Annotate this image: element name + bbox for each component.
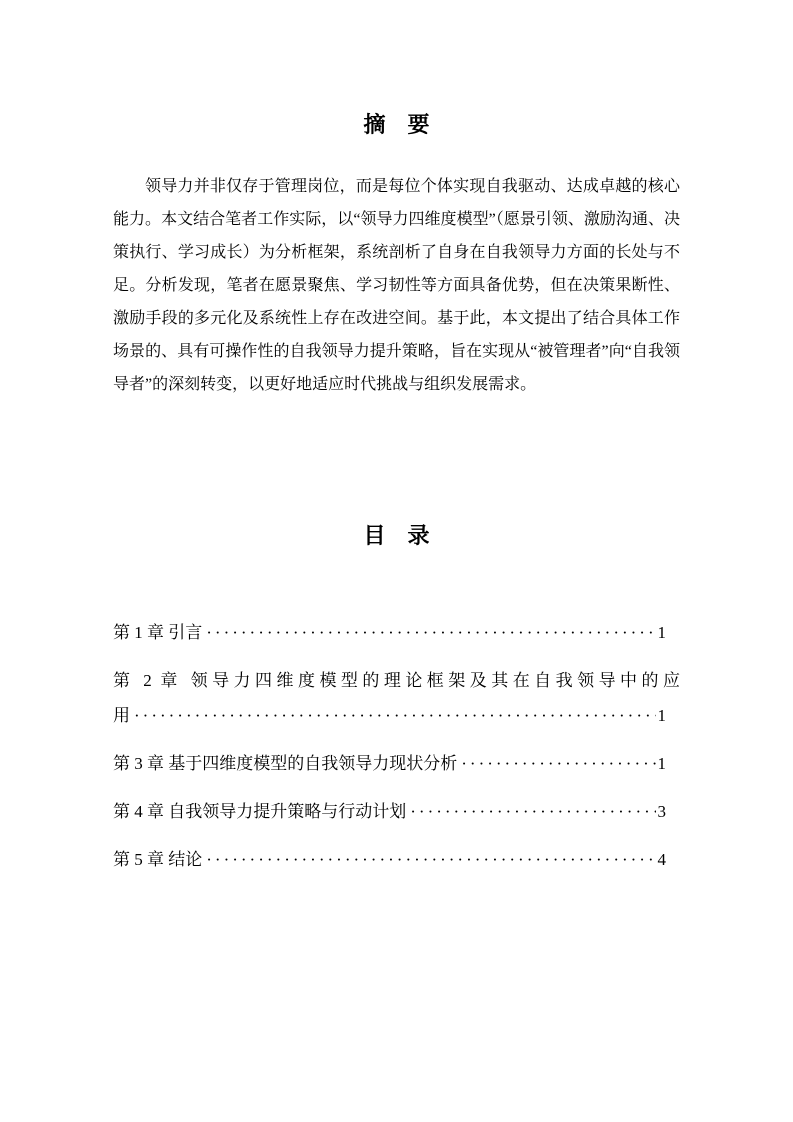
toc-entry-ch3: 第 3 章 基于四维度模型的自我领导力现状分析 ················…	[113, 746, 680, 781]
toc-leader-dots: ········································…	[206, 615, 655, 650]
toc-entry-label: 第 5 章 结论	[113, 842, 206, 877]
toc-line: 第 3 章 基于四维度模型的自我领导力现状分析 ················…	[113, 746, 680, 781]
toc-entry-label-continued: 用	[113, 698, 134, 733]
toc-entry-label: 第 2 章 领导力四维度模型的理论框架及其在自我领导中的应	[113, 663, 680, 698]
toc-entry-label: 第 1 章 引言	[113, 615, 206, 650]
toc-entry-ch4: 第 4 章 自我领导力提升策略与行动计划 ···················…	[113, 794, 680, 829]
toc-entry-label: 第 4 章 自我领导力提升策略与行动计划	[113, 794, 410, 829]
toc-page-number: 4	[656, 842, 667, 877]
toc-leader-dots: ········································…	[206, 842, 655, 877]
toc-line: 用 ······································…	[113, 698, 680, 733]
toc-line: 第 1 章 引言 ·······························…	[113, 615, 680, 650]
document-page: 摘 要 领导力并非仅存于管理岗位，而是每位个体实现自我驱动、达成卓越的核心能力。…	[113, 0, 680, 890]
toc-leader-dots: ········································…	[410, 794, 655, 829]
toc-page-number: 1	[656, 746, 667, 781]
toc-title: 目 录	[113, 521, 680, 551]
toc-line: 第 5 章 结论 ·······························…	[113, 842, 680, 877]
toc-leader-dots: ········································…	[134, 698, 656, 733]
toc-line: 第 2 章 领导力四维度模型的理论框架及其在自我领导中的应	[113, 663, 680, 698]
toc-leader-dots: ········································…	[461, 746, 655, 781]
table-of-contents: 第 1 章 引言 ·······························…	[113, 615, 680, 877]
toc-entry-ch2: 第 2 章 领导力四维度模型的理论框架及其在自我领导中的应 用 ········…	[113, 663, 680, 733]
abstract-paragraph: 领导力并非仅存于管理岗位，而是每位个体实现自我驱动、达成卓越的核心能力。本文结合…	[113, 170, 680, 401]
toc-page-number: 3	[656, 794, 667, 829]
toc-entry-label: 第 3 章 基于四维度模型的自我领导力现状分析	[113, 746, 461, 781]
toc-page-number: 1	[656, 615, 667, 650]
toc-entry-ch1: 第 1 章 引言 ·······························…	[113, 615, 680, 650]
abstract-title: 摘 要	[113, 110, 680, 140]
toc-page-number: 1	[656, 698, 667, 733]
toc-line: 第 4 章 自我领导力提升策略与行动计划 ···················…	[113, 794, 680, 829]
toc-entry-ch5: 第 5 章 结论 ·······························…	[113, 842, 680, 877]
